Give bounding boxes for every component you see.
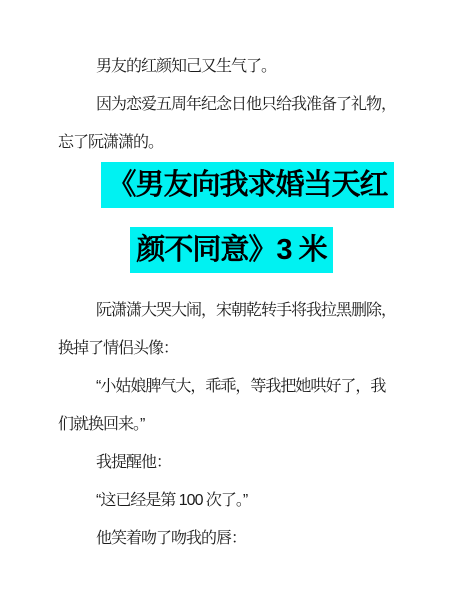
story-line: “这已经是第 100 次了。” (0, 482, 463, 520)
story-line: 男友的红颜知己又生气了。 (0, 48, 463, 86)
novel-page: 男友的红颜知己又生气了。 因为恋爱五周年纪念日他只给我准备了礼物， 忘了阮潇潇的… (0, 0, 463, 600)
story-line: “小姑娘脾气大，乖乖，等我把她哄好了，我 (0, 368, 463, 406)
story-line: 忘了阮潇潇的。 (0, 124, 463, 162)
story-title-line-2: 颜不同意》3 米 (0, 227, 463, 292)
story-line: 他笑着吻了吻我的唇： (0, 520, 463, 558)
story-title-line-1: 《男友向我求婚当天红 (0, 162, 463, 227)
title-highlight: 颜不同意》3 米 (130, 227, 332, 273)
title-highlight: 《男友向我求婚当天红 (101, 162, 393, 208)
story-line: 们就换回来。” (0, 406, 463, 444)
story-line: 阮潇潇大哭大闹，宋朝乾转手将我拉黑删除， (0, 292, 463, 330)
story-line: 我提醒他： (0, 444, 463, 482)
story-line: 因为恋爱五周年纪念日他只给我准备了礼物， (0, 86, 463, 124)
text-flow: 男友的红颜知己又生气了。 因为恋爱五周年纪念日他只给我准备了礼物， 忘了阮潇潇的… (0, 48, 463, 558)
story-line: 换掉了情侣头像： (0, 330, 463, 368)
